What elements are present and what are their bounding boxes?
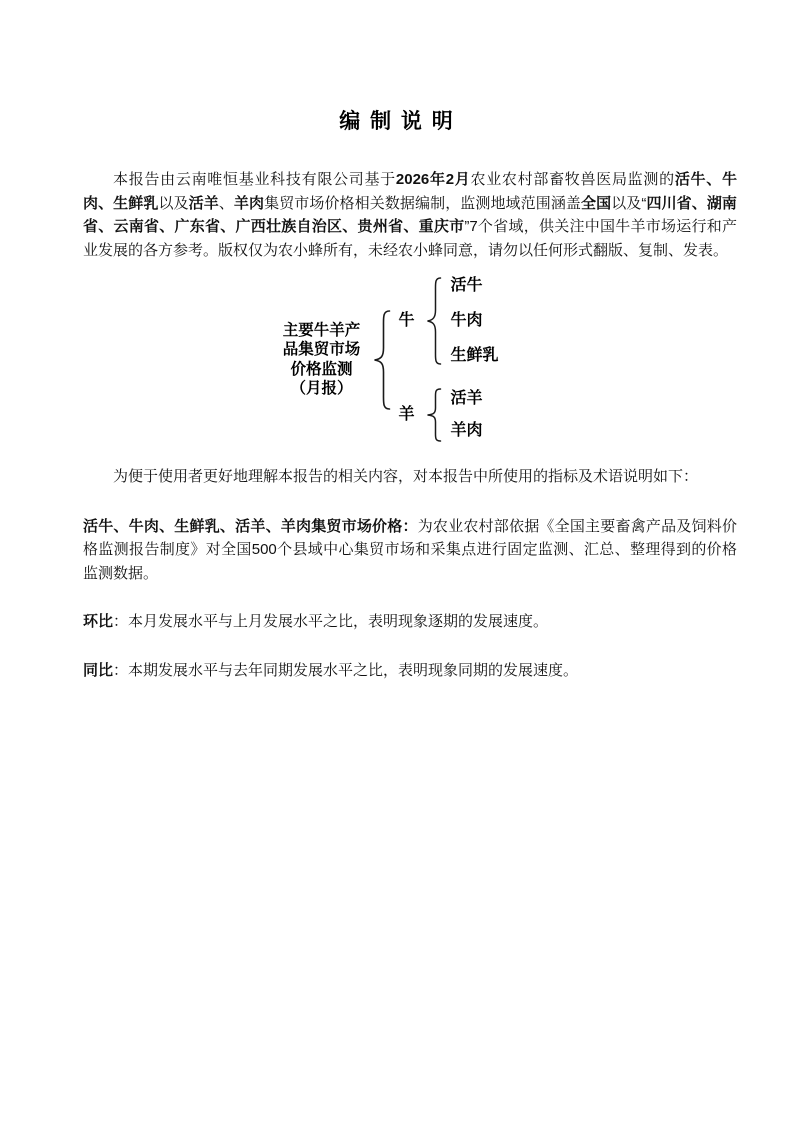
intro-paragraph: 本报告由云南唯恒基业科技有限公司基于2026年2月农业农村部畜牧兽医局监测的活牛… bbox=[83, 168, 737, 262]
tree-root-line: 价格监测 bbox=[273, 360, 369, 380]
tree-item: 牛肉 bbox=[451, 312, 499, 330]
sheep-items: 活羊 羊肉 bbox=[451, 390, 483, 440]
tree-item: 生鲜乳 bbox=[451, 347, 499, 365]
cattle-label: 牛 bbox=[398, 312, 414, 330]
tree-group-sheep: 羊 活羊 羊肉 bbox=[398, 388, 498, 442]
tree-item: 活羊 bbox=[451, 390, 483, 408]
main-brace-icon bbox=[373, 310, 391, 410]
tree-branches: 牛 活牛 牛肉 生鲜乳 羊 活羊 羊肉 bbox=[398, 277, 498, 442]
tree-group-cattle: 牛 活牛 牛肉 生鲜乳 bbox=[398, 277, 498, 365]
term-separator: ： bbox=[113, 662, 128, 679]
term-definition: 本期发展水平与去年同期发展水平之比，表明现象同期的发展速度。 bbox=[128, 662, 578, 679]
term-label: 活牛、牛肉、生鲜乳、活羊、羊肉集贸市场价格： bbox=[83, 518, 418, 535]
cattle-brace-icon bbox=[426, 277, 442, 365]
document-page: 编 制 说 明 本报告由云南唯恒基业科技有限公司基于2026年2月农业农村部畜牧… bbox=[0, 0, 794, 1123]
tree-root-line: （月报） bbox=[273, 379, 369, 399]
tree-root-label: 主要牛羊产 品集贸市场 价格监测 （月报） bbox=[273, 321, 369, 399]
term-yoy: 同比：本期发展水平与去年同期发展水平之比，表明现象同期的发展速度。 bbox=[83, 659, 737, 683]
term-label: 同比 bbox=[83, 662, 113, 679]
term-mom: 环比：本月发展水平与上月发展水平之比，表明现象逐期的发展速度。 bbox=[83, 610, 737, 634]
tree-root-line: 品集贸市场 bbox=[273, 340, 369, 360]
term-label: 环比 bbox=[83, 613, 113, 630]
tree-item: 羊肉 bbox=[451, 422, 483, 440]
page-title: 编 制 说 明 bbox=[0, 108, 794, 136]
terms-intro-paragraph: 为便于使用者更好地理解本报告的相关内容，对本报告中所使用的指标及术语说明如下： bbox=[83, 465, 737, 489]
tree-item: 活牛 bbox=[451, 277, 499, 295]
sheep-brace-icon bbox=[426, 388, 442, 442]
sheep-label: 羊 bbox=[398, 406, 414, 424]
term-separator: ： bbox=[113, 613, 128, 630]
product-tree-diagram: 主要牛羊产 品集贸市场 价格监测 （月报） 牛 活牛 牛肉 生鲜乳 羊 bbox=[59, 277, 713, 442]
term-market-price: 活牛、牛肉、生鲜乳、活羊、羊肉集贸市场价格：为农业农村部依据《全国主要畜禽产品及… bbox=[83, 515, 737, 586]
tree-root-line: 主要牛羊产 bbox=[273, 321, 369, 341]
cattle-items: 活牛 牛肉 生鲜乳 bbox=[451, 277, 499, 365]
term-definition: 本月发展水平与上月发展水平之比，表明现象逐期的发展速度。 bbox=[128, 613, 548, 630]
